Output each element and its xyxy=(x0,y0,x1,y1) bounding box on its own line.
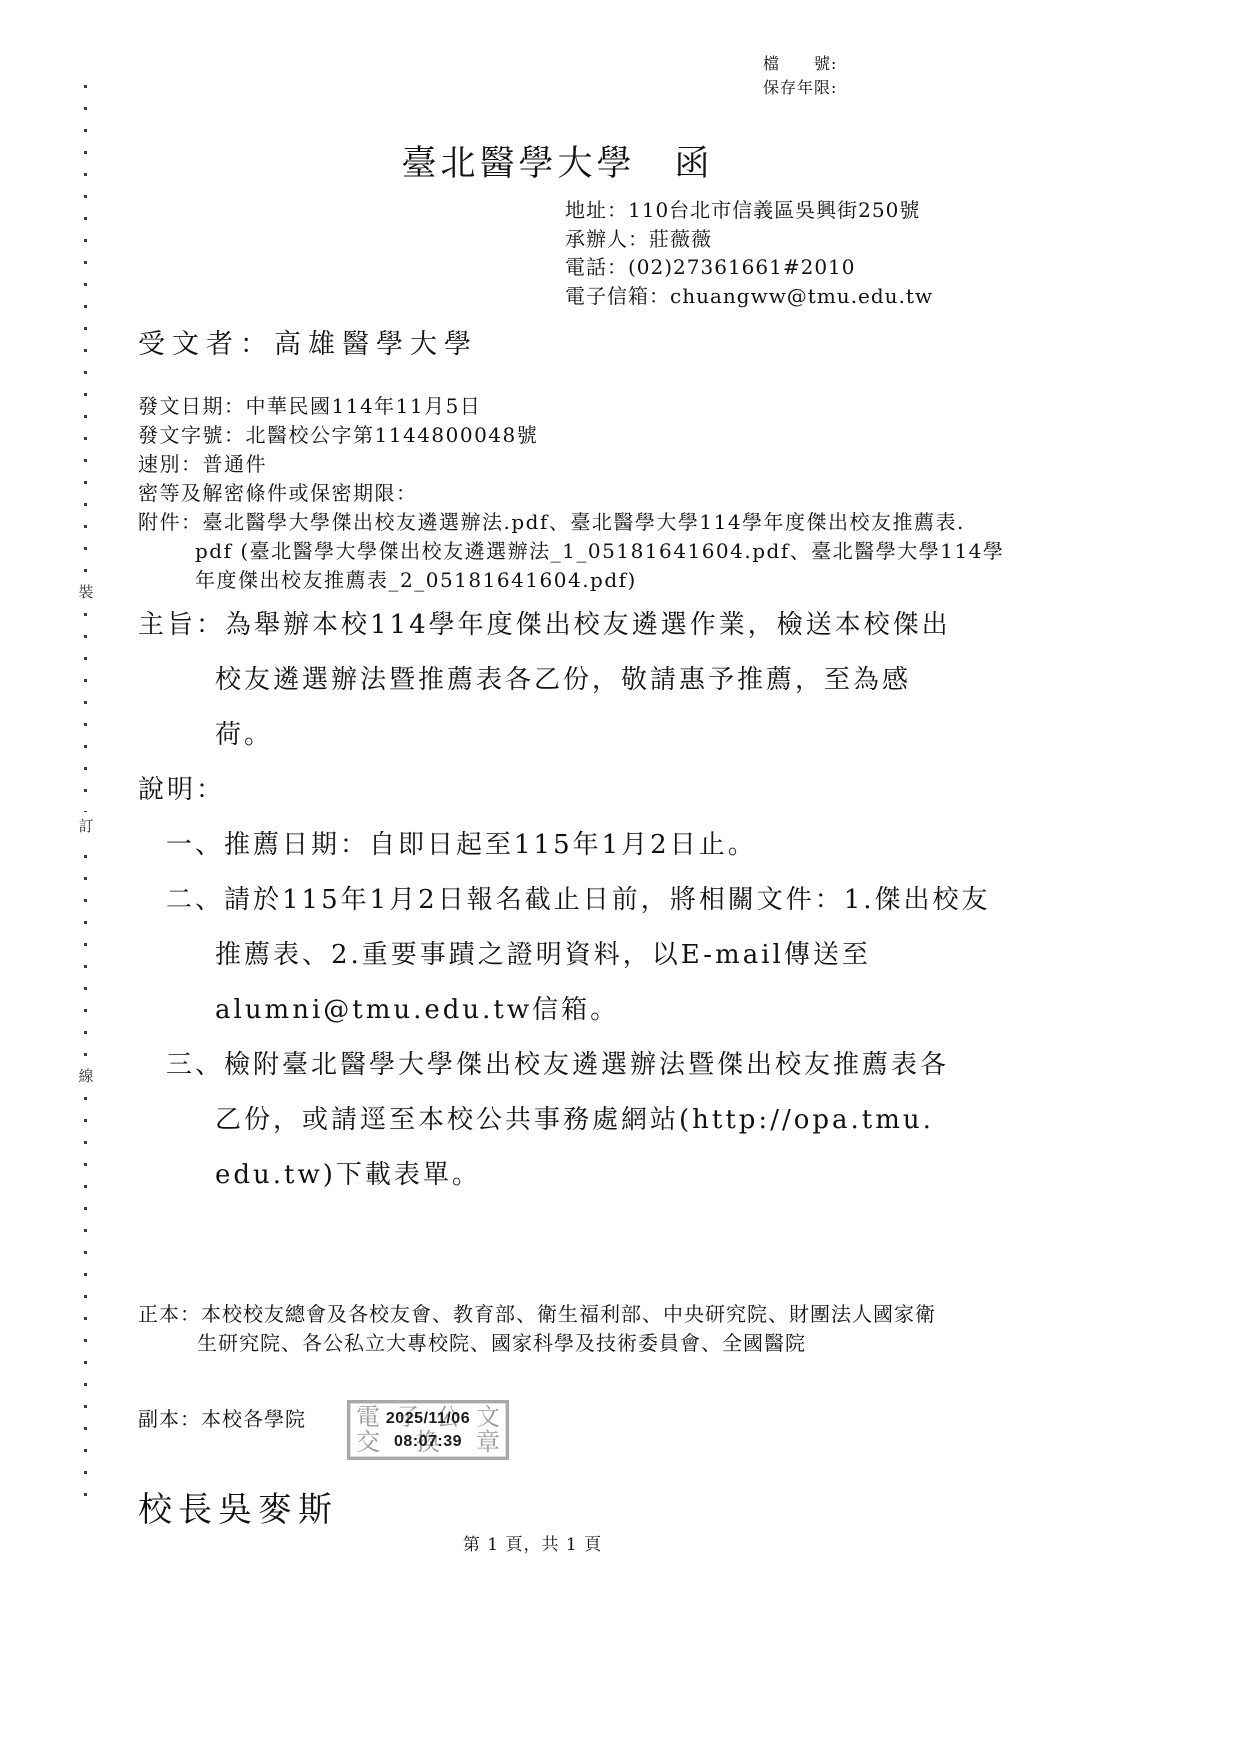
binding-mark-ding: 訂 xyxy=(76,812,96,839)
explanation-item-3: 三、檢附臺北醫學大學傑出校友遴選辦法暨傑出校友推薦表各 xyxy=(166,1038,991,1093)
sender-address: 地址：110台北市信義區吳興街250號 xyxy=(565,196,933,225)
sender-contact-person: 承辦人：莊薇薇 xyxy=(565,225,933,254)
document-page: 裝 訂 線 檔 號: 保存年限: 臺北醫學大學 函 地址：110台北市信義區吳興… xyxy=(0,0,1241,1754)
subject-line: 主旨：為舉辦本校114學年度傑出校友遴選作業，檢送本校傑出 xyxy=(138,598,991,653)
security-line: 密等及解密條件或保密期限： xyxy=(138,479,1004,508)
doc-number-line: 發文字號：北醫校公字第1144800048號 xyxy=(138,421,1004,450)
attachment-line: pdf (臺北醫學大學傑出校友遴選辦法_1_05181641604.pdf、臺北… xyxy=(195,537,1004,566)
attachment-line: 年度傑出校友推薦表_2_05181641604.pdf) xyxy=(195,566,1004,595)
stamp-timestamp: 2025/11/06 08:07:39 xyxy=(350,1407,506,1453)
meta-block: 發文日期：中華民國114年11月5日 發文字號：北醫校公字第1144800048… xyxy=(138,392,1004,595)
original-recipients-line: 正本：本校校友總會及各校友會、教育部、衛生福利部、中央研究院、財團法人國家衛 xyxy=(138,1300,936,1329)
binding-mark-zhuang: 裝 xyxy=(76,578,96,605)
file-number-block: 檔 號: 保存年限: xyxy=(763,52,837,100)
explanation-item-3-line: 乙份，或請逕至本校公共事務處網站(http://opa.tmu. xyxy=(215,1093,991,1148)
stamp-date: 2025/11/06 xyxy=(350,1407,506,1430)
recipient-line: 受文者：高雄醫學大學 xyxy=(138,326,478,364)
subject-line: 荷。 xyxy=(215,708,991,763)
file-number-label: 檔 號: xyxy=(763,52,837,76)
priority-line: 速別：普通件 xyxy=(138,450,1004,479)
copy-recipients-line: 副本：本校各學院 xyxy=(138,1405,306,1434)
explanation-item-2-line: 推薦表、2.重要事蹟之證明資料，以E-mail傳送至 xyxy=(215,928,991,983)
original-recipients-line: 生研究院、各公私立大專校院、國家科學及技術委員會、全國醫院 xyxy=(197,1329,936,1358)
explanation-item-2: 二、請於115年1月2日報名截止日前，將相關文件：1.傑出校友 xyxy=(166,873,991,928)
explanation-item-3-line: edu.tw)下載表單。 xyxy=(215,1148,991,1203)
issue-date-line: 發文日期：中華民國114年11月5日 xyxy=(138,392,1004,421)
binding-dotted-line xyxy=(84,85,87,1515)
retention-period-label: 保存年限: xyxy=(763,76,837,100)
page-footer: 第 1 頁，共 1 頁 xyxy=(0,1530,1065,1555)
sender-phone: 電話：(02)27361661#2010 xyxy=(565,253,933,282)
binding-mark-xian: 線 xyxy=(76,1062,96,1089)
sender-info-block: 地址：110台北市信義區吳興街250號 承辦人：莊薇薇 電話：(02)27361… xyxy=(565,196,933,310)
explanation-item-1: 一、推薦日期：自即日起至115年1月2日止。 xyxy=(166,818,991,873)
signature-line: 校長吳麥斯 xyxy=(138,1482,338,1531)
explanation-item-2-line: alumni@tmu.edu.tw信箱。 xyxy=(215,983,991,1038)
stamp-time: 08:07:39 xyxy=(350,1430,506,1453)
sender-email: 電子信箱：chuangww@tmu.edu.tw xyxy=(565,282,933,311)
subject-line: 校友遴選辦法暨推薦表各乙份，敬請惠予推薦，至為感 xyxy=(215,653,991,708)
electronic-exchange-stamp: 電 子 公 文 交 換 章 2025/11/06 08:07:39 xyxy=(347,1400,509,1460)
explanation-heading: 說明： xyxy=(138,763,991,818)
distribution-block: 正本：本校校友總會及各校友會、教育部、衛生福利部、中央研究院、財團法人國家衛 生… xyxy=(138,1300,936,1358)
document-title: 臺北醫學大學 函 xyxy=(0,136,1115,186)
attachment-line: 附件：臺北醫學大學傑出校友遴選辦法.pdf、臺北醫學大學114學年度傑出校友推薦… xyxy=(138,508,1004,537)
letter-body: 主旨：為舉辦本校114學年度傑出校友遴選作業，檢送本校傑出 校友遴選辦法暨推薦表… xyxy=(138,598,991,1203)
